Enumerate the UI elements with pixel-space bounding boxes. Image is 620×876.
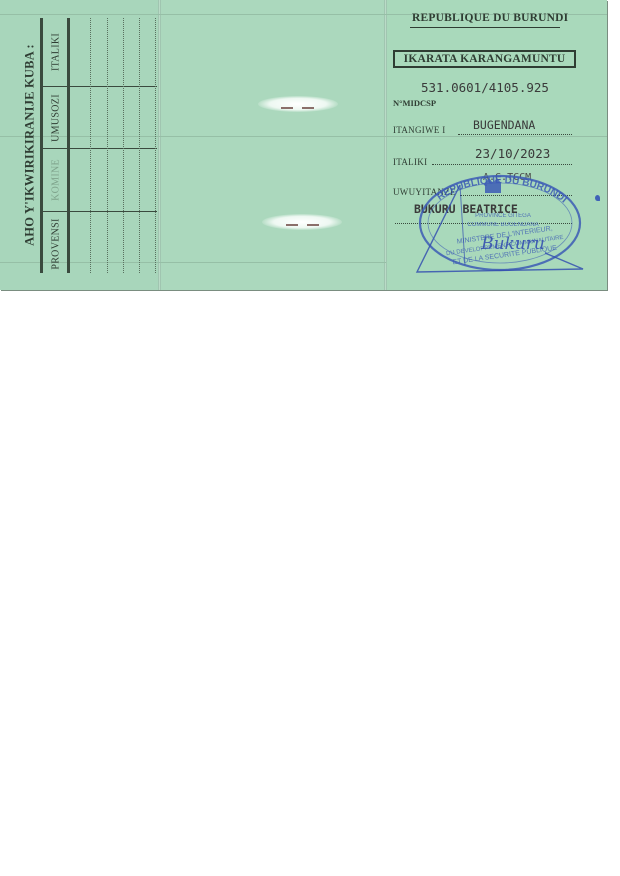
staple: [302, 107, 314, 109]
staple: [286, 224, 298, 226]
table-border: [40, 18, 43, 273]
residence-table-title: AHO Y'IKWIRIKIRANIJE KUBA :: [23, 44, 38, 246]
official-stamp: REPUBLIQUE DU BURUNDI PROVINCE GITEGA CO…: [405, 165, 590, 280]
svg-text:REPUBLIQUE DU BURUNDI: REPUBLIQUE DU BURUNDI: [435, 175, 569, 206]
card-title: IKARATA KARANGAMUNTU: [393, 50, 576, 68]
column-header-provensi: PROVENSI: [51, 218, 62, 269]
country-heading: REPUBLIQUE DU BURUNDI: [412, 12, 568, 24]
entry-line: [155, 18, 156, 273]
field-label-issued-at: ITANGIWE I: [393, 125, 446, 135]
stamp-line: PROVINCE GITEGA: [475, 213, 531, 219]
staple: [307, 224, 319, 226]
residence-table: AHO Y'IKWIRIKIRANIJE KUBA : PROVENSI KOM…: [0, 0, 160, 290]
fold-line: [384, 0, 387, 290]
table-border: [67, 18, 70, 273]
column-header-umusozi: UMUSOZI: [51, 94, 62, 142]
field-dotted-line: [458, 134, 572, 135]
column-header-komine: KOMINE: [51, 159, 62, 201]
ink-mark: [595, 195, 600, 201]
id-number-label: N°MIDCSP: [393, 98, 436, 108]
entry-line: [107, 18, 108, 273]
staple: [281, 107, 293, 109]
entry-line: [90, 18, 91, 273]
field-value-issued-at: BUGENDANA: [473, 118, 535, 132]
stamp-outer-text: REPUBLIQUE DU BURUNDI: [435, 175, 569, 206]
country-underline: [410, 27, 560, 28]
entry-line: [123, 18, 124, 273]
id-card: AHO Y'IKWIRIKIRANIJE KUBA : PROVENSI KOM…: [0, 0, 607, 290]
entry-line: [139, 18, 140, 273]
signature: Bukuru: [480, 234, 545, 254]
field-value-date: 23/10/2023: [475, 146, 550, 161]
middle-panel: [160, 0, 386, 290]
column-header-italiki: ITALIKI: [51, 33, 62, 71]
id-number: 531.0601/4105.925: [421, 80, 549, 95]
lamination-glare: [262, 214, 342, 230]
lamination-glare: [258, 96, 338, 112]
stamp-line: COMMUNE BUGENDANA: [467, 222, 538, 228]
